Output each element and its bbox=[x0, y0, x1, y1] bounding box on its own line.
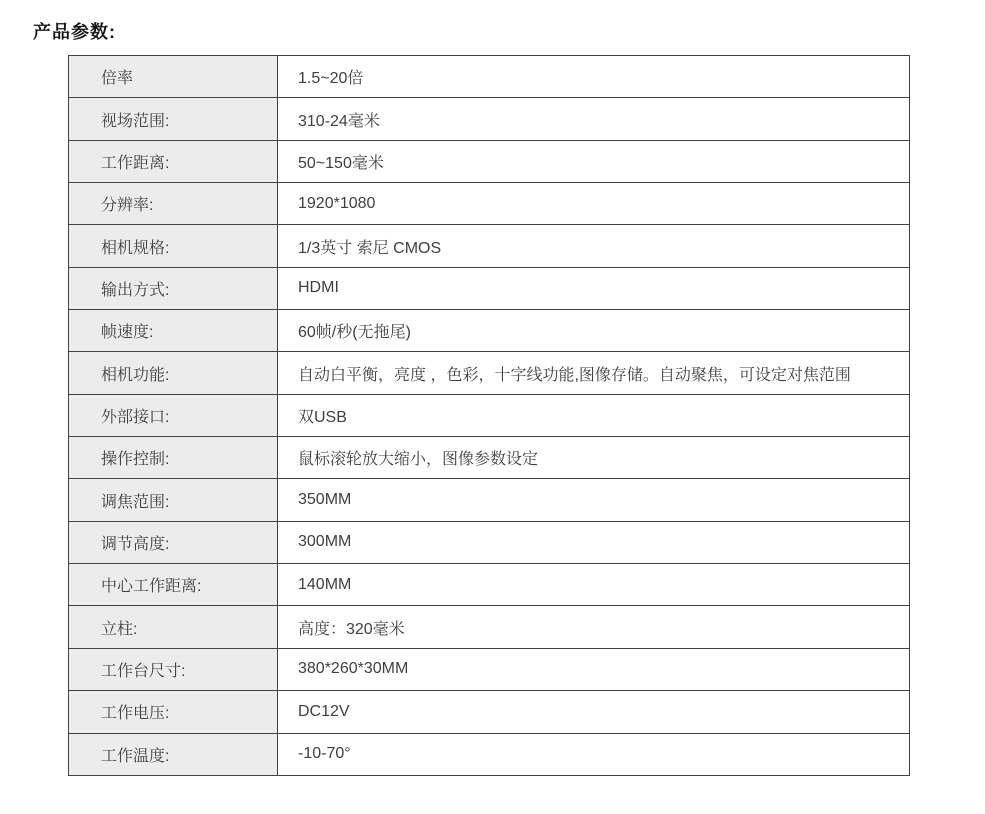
table-row: 工作台尺寸: 380*260*30MM bbox=[69, 648, 910, 690]
table-row: 相机规格: 1/3英寸 索尼 CMOS bbox=[69, 225, 910, 267]
spec-value: DC12V bbox=[278, 691, 910, 733]
spec-value: 1920*1080 bbox=[278, 183, 910, 225]
spec-value: HDMI bbox=[278, 267, 910, 309]
table-row: 工作电压: DC12V bbox=[69, 691, 910, 733]
spec-label: 倍率 bbox=[69, 56, 278, 98]
spec-value: 350MM bbox=[278, 479, 910, 521]
spec-label: 立柱: bbox=[69, 606, 278, 648]
table-row: 外部接口: 双USB bbox=[69, 394, 910, 436]
table-row: 帧速度: 60帧/秒(无拖尾) bbox=[69, 310, 910, 352]
spec-label: 相机功能: bbox=[69, 352, 278, 394]
spec-label: 输出方式: bbox=[69, 267, 278, 309]
spec-label: 调焦范围: bbox=[69, 479, 278, 521]
table-row: 分辨率: 1920*1080 bbox=[69, 183, 910, 225]
spec-value: 140MM bbox=[278, 564, 910, 606]
table-row: 调焦范围: 350MM bbox=[69, 479, 910, 521]
spec-value: 1/3英寸 索尼 CMOS bbox=[278, 225, 910, 267]
table-row: 输出方式: HDMI bbox=[69, 267, 910, 309]
spec-value: 300MM bbox=[278, 521, 910, 563]
spec-value: -10-70° bbox=[278, 733, 910, 776]
spec-label: 帧速度: bbox=[69, 310, 278, 352]
spec-value: 鼠标滚轮放大缩小，图像参数设定 bbox=[278, 437, 910, 479]
spec-value: 380*260*30MM bbox=[278, 648, 910, 690]
table-row: 操作控制: 鼠标滚轮放大缩小，图像参数设定 bbox=[69, 437, 910, 479]
table-row: 调节高度: 300MM bbox=[69, 521, 910, 563]
table-row: 倍率 1.5~20倍 bbox=[69, 56, 910, 98]
spec-label: 调节高度: bbox=[69, 521, 278, 563]
spec-label: 操作控制: bbox=[69, 437, 278, 479]
spec-value: 310-24毫米 bbox=[278, 98, 910, 140]
spec-label: 相机规格: bbox=[69, 225, 278, 267]
spec-label: 分辨率: bbox=[69, 183, 278, 225]
spec-value: 自动白平衡，亮度 ，色彩，十字线功能,图像存储。自动聚焦，可设定对焦范围 bbox=[278, 352, 910, 394]
spec-table-body: 倍率 1.5~20倍 视场范围: 310-24毫米 工作距离: 50~150毫米… bbox=[69, 56, 910, 776]
spec-value: 双USB bbox=[278, 394, 910, 436]
spec-label: 外部接口: bbox=[69, 394, 278, 436]
spec-value: 1.5~20倍 bbox=[278, 56, 910, 98]
spec-label: 视场范围: bbox=[69, 98, 278, 140]
spec-label: 工作台尺寸: bbox=[69, 648, 278, 690]
table-row: 工作温度: -10-70° bbox=[69, 733, 910, 776]
spec-value: 高度：320毫米 bbox=[278, 606, 910, 648]
spec-label: 工作温度: bbox=[69, 733, 278, 776]
spec-label: 中心工作距离: bbox=[69, 564, 278, 606]
table-row: 相机功能: 自动白平衡，亮度 ，色彩，十字线功能,图像存储。自动聚焦，可设定对焦… bbox=[69, 352, 910, 394]
table-row: 中心工作距离: 140MM bbox=[69, 564, 910, 606]
table-row: 立柱: 高度：320毫米 bbox=[69, 606, 910, 648]
product-spec-table: 倍率 1.5~20倍 视场范围: 310-24毫米 工作距离: 50~150毫米… bbox=[68, 55, 910, 776]
spec-label: 工作电压: bbox=[69, 691, 278, 733]
table-row: 视场范围: 310-24毫米 bbox=[69, 98, 910, 140]
spec-value: 60帧/秒(无拖尾) bbox=[278, 310, 910, 352]
spec-value: 50~150毫米 bbox=[278, 140, 910, 182]
page-title: 产品参数: bbox=[33, 18, 116, 44]
table-row: 工作距离: 50~150毫米 bbox=[69, 140, 910, 182]
spec-label: 工作距离: bbox=[69, 140, 278, 182]
